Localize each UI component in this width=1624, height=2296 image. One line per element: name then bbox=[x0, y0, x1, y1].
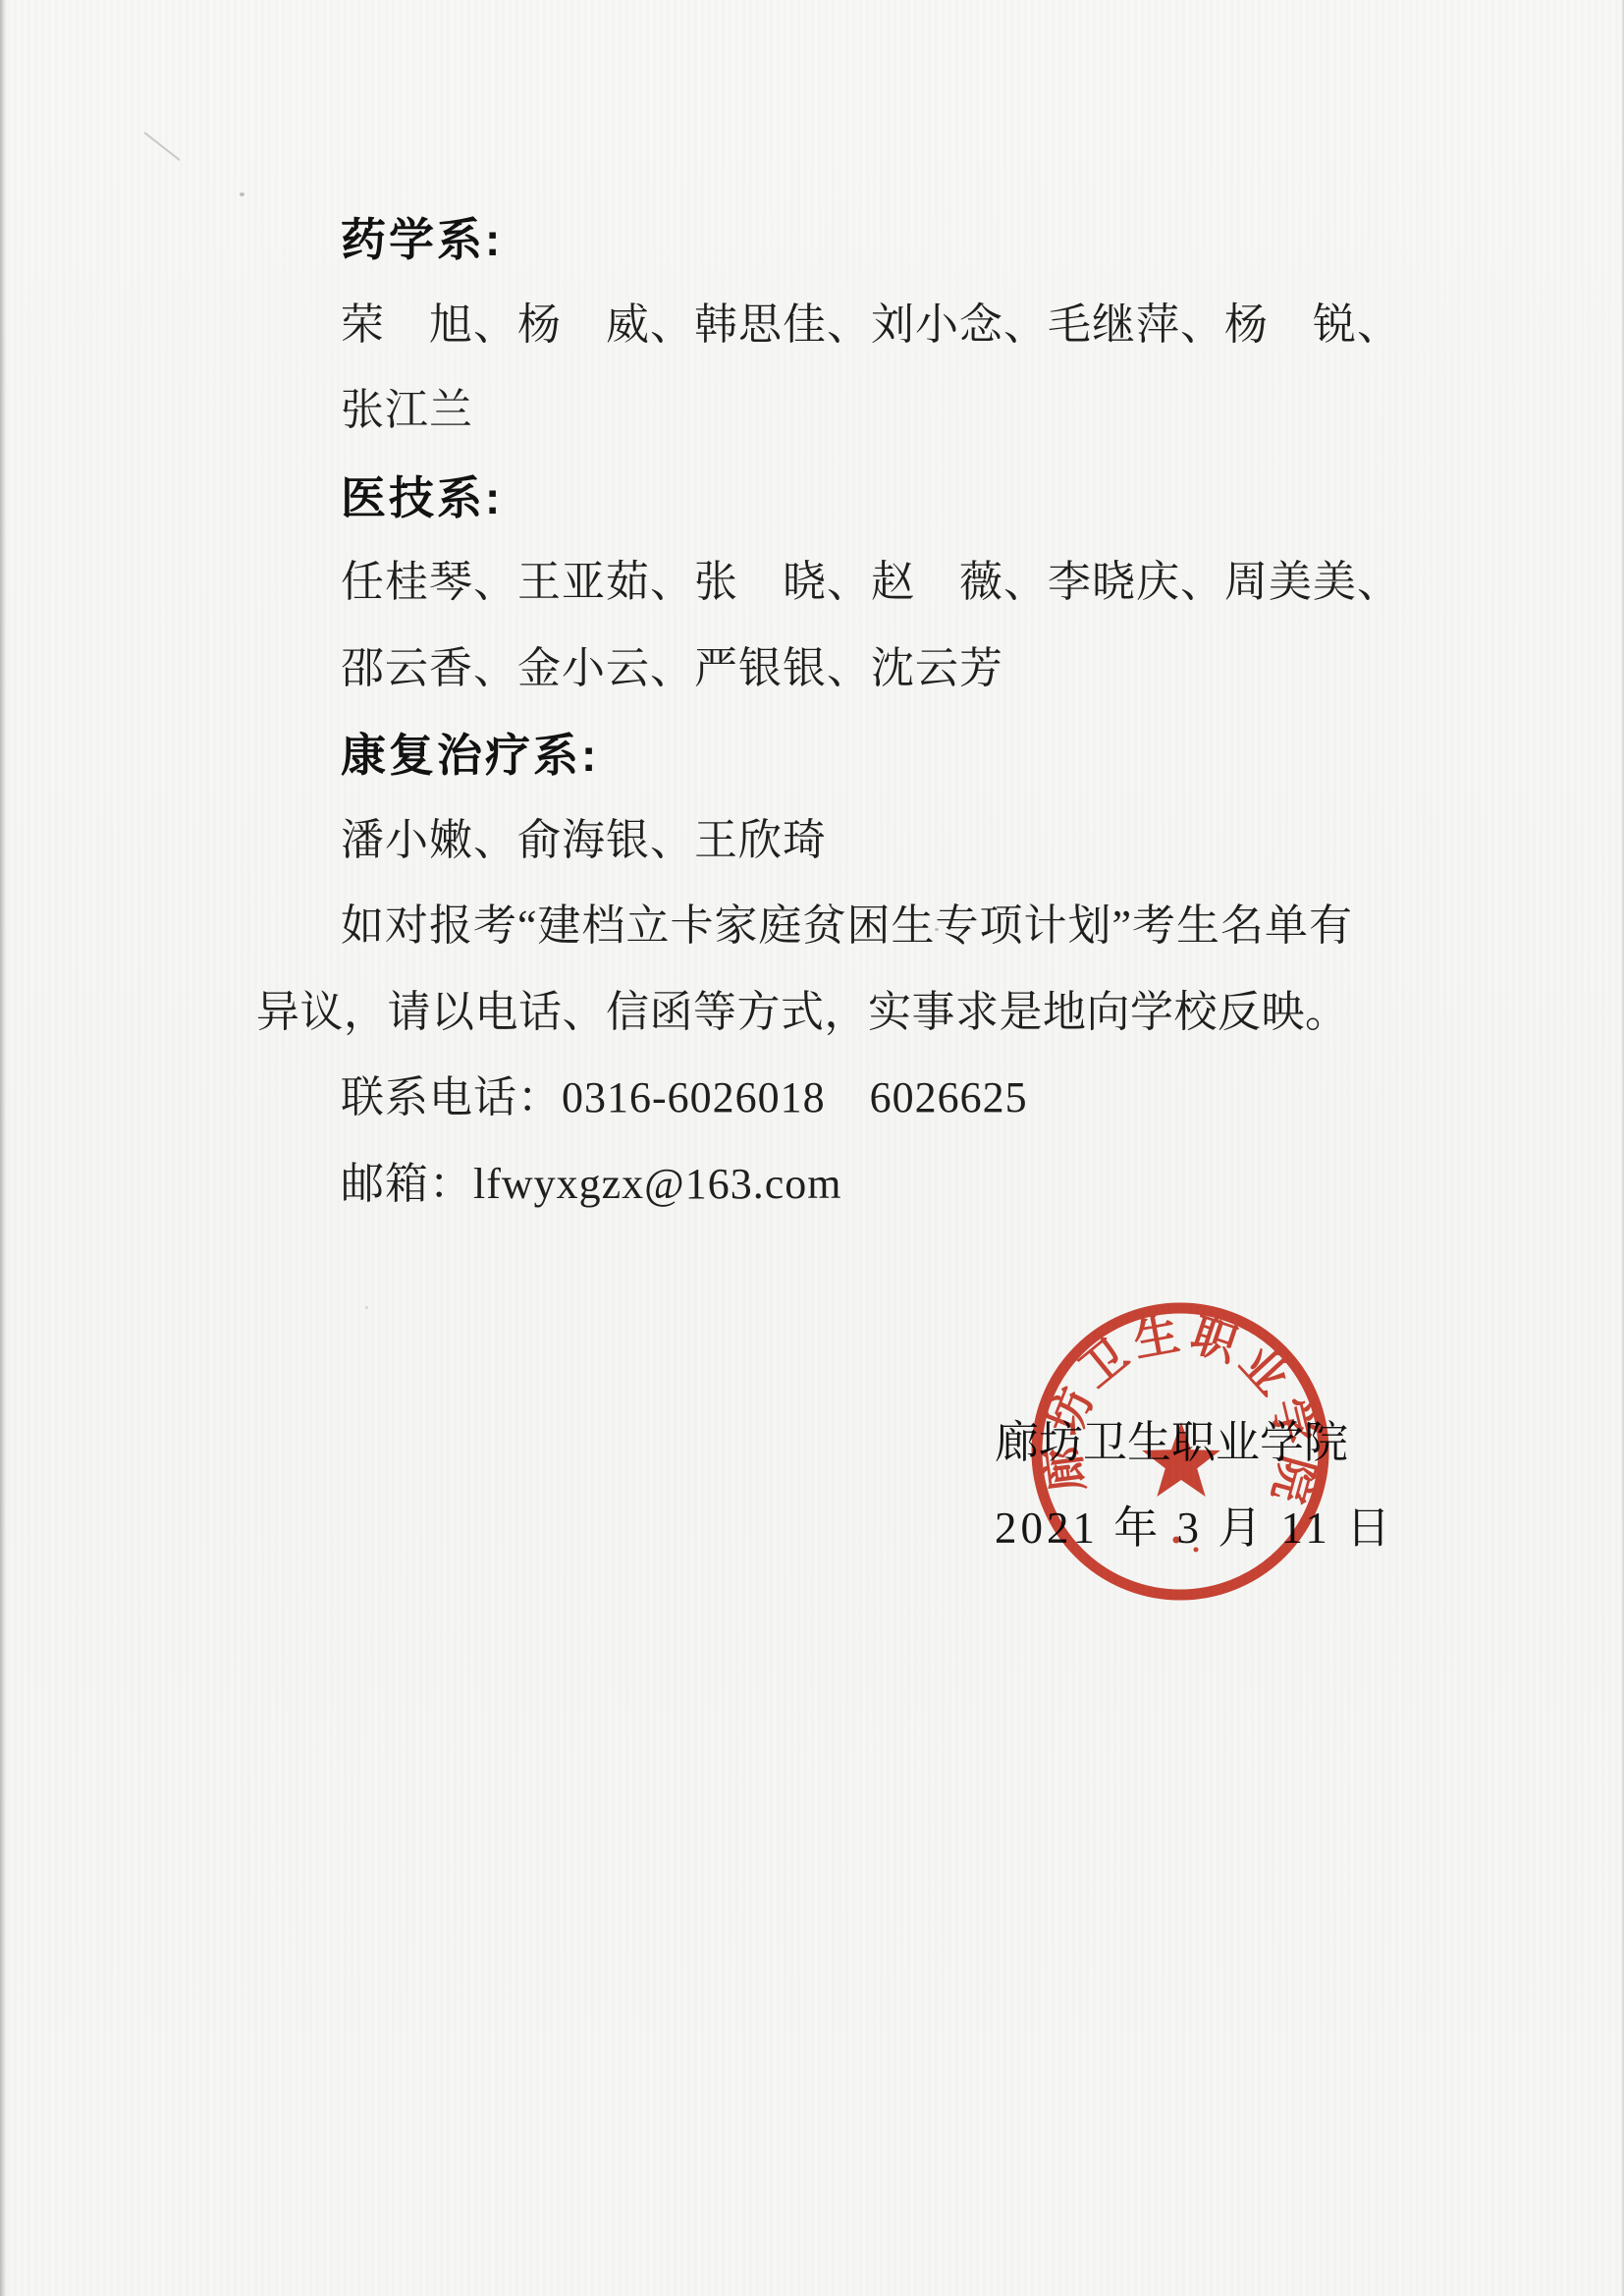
notice-line-2: 异议，请以电话、信函等方式，实事求是地向学校反映。 bbox=[256, 988, 1349, 1038]
section-heading-rehab: 康复治疗系: bbox=[341, 730, 599, 782]
seal-ink-speck bbox=[1194, 1548, 1199, 1553]
official-seal: 廊坊卫生职业学院 bbox=[1021, 1286, 1345, 1620]
seal-arc-text-holder: 廊坊卫生职业学院 bbox=[1036, 1307, 1325, 1514]
seal-star-icon bbox=[1142, 1422, 1220, 1497]
scan-edge-left bbox=[0, 0, 7, 2296]
section-heading-medtech: 医技系: bbox=[341, 472, 503, 524]
scanned-document-page: 药学系: 荣 旭、杨 威、韩思佳、刘小念、毛继萍、杨 锐、 张江兰 医技系: 任… bbox=[0, 0, 1624, 2296]
medtech-names-line-2: 邵云香、金小云、严银银、沈云芳 bbox=[341, 644, 1003, 694]
section-heading-pharmacy: 药学系: bbox=[341, 214, 503, 266]
scan-scratch-mark bbox=[143, 132, 180, 161]
pharmacy-names-line-1: 荣 旭、杨 威、韩思佳、刘小念、毛继萍、杨 锐、 bbox=[341, 301, 1401, 351]
contact-email-line: 邮箱：lfwyxgzx@163.com bbox=[341, 1160, 841, 1210]
seal-ink-speck bbox=[1173, 1537, 1180, 1544]
contact-phone-line: 联系电话：0316-6026018 6026625 bbox=[341, 1073, 1028, 1123]
seal-arc-text: 廊坊卫生职业学院 bbox=[1036, 1307, 1325, 1514]
scan-speck bbox=[365, 1306, 368, 1309]
rehab-names-line-1: 潘小嫩、俞海银、王欣琦 bbox=[341, 816, 827, 866]
scan-speck bbox=[240, 192, 244, 196]
pharmacy-names-line-2: 张江兰 bbox=[341, 386, 473, 436]
medtech-names-line-1: 任桂琴、王亚茹、张 晓、赵 薇、李晓庆、周美美、 bbox=[341, 558, 1401, 608]
notice-line-1: 如对报考“建档立卡家庭贫困生专项计划”考生名单有 bbox=[341, 902, 1353, 952]
